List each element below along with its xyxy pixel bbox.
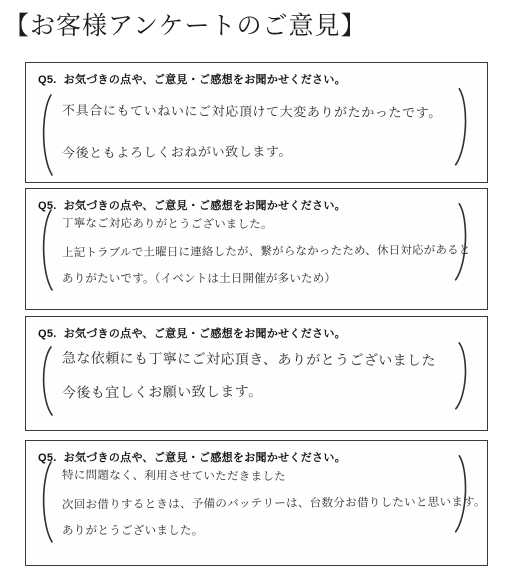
response-line: ありがとうございました。 (62, 522, 457, 549)
survey-document: { "page_title": "【お客様アンケートのご意見】", "secti… (0, 0, 510, 584)
close-paren-icon (454, 341, 472, 412)
question-text: お気づきの点や、ご意見・ご感想をお聞かせください。 (64, 74, 346, 86)
open-paren-icon (38, 208, 54, 292)
response-line: 上記トラブルで土曜日に連絡したが、繋がらなかったため、休日対応があると (62, 242, 457, 272)
survey-response-card: Q5.お気づきの点や、ご意見・ご感想をお聞かせください。 丁寧なご対応ありがとう… (25, 188, 488, 310)
question-text: お気づきの点や、ご意見・ご感想をお聞かせください。 (64, 452, 346, 464)
response-line: 急な依頼にも丁寧にご対応頂き、ありがとうございました (62, 348, 457, 383)
open-paren-icon (38, 345, 54, 417)
page-title: 【お客様アンケートのご意見】 (4, 6, 367, 42)
response-line: 特に問題なく、利用させていただきました (62, 467, 457, 497)
response-line: ありがたいです。（イベントは土日開催が多いため） (62, 270, 457, 297)
question-text: お気づきの点や、ご意見・ご感想をお聞かせください。 (64, 200, 346, 212)
question-number: Q5. (38, 74, 57, 86)
open-paren-icon (38, 93, 54, 177)
question-header: Q5.お気づきの点や、ご意見・ご感想をお聞かせください。 (38, 325, 346, 341)
question-header: Q5.お気づきの点や、ご意見・ご感想をお聞かせください。 (38, 197, 346, 213)
handwritten-response: 急な依頼にも丁寧にご対応頂き、ありがとうございました 今後も宜しくお願い致します… (62, 349, 457, 413)
question-header: Q5.お気づきの点や、ご意見・ご感想をお聞かせください。 (38, 71, 346, 87)
handwritten-response: 特に問題なく、利用させていただきました 次回お借りするときは、予備のバッテリーは… (62, 468, 457, 549)
question-text: お気づきの点や、ご意見・ご感想をお聞かせください。 (64, 328, 346, 340)
survey-response-card: Q5.お気づきの点や、ご意見・ご感想をお聞かせください。 特に問題なく、利用させ… (25, 440, 488, 566)
survey-response-card: Q5.お気づきの点や、ご意見・ご感想をお聞かせください。 不具合にもていねいにご… (25, 62, 488, 183)
response-line: 今後も宜しくお願い致します。 (62, 380, 457, 415)
handwritten-response: 丁寧なご対応ありがとうございました。 上記トラブルで土曜日に連絡したが、繋がらな… (62, 216, 457, 297)
close-paren-icon (454, 454, 473, 535)
question-header: Q5.お気づきの点や、ご意見・ご感想をお聞かせください。 (38, 449, 346, 465)
response-line: 丁寧なご対応ありがとうございました。 (62, 215, 457, 245)
open-paren-icon (38, 460, 54, 544)
handwritten-response: 不具合にもていねいにご対応頂けて大変ありがたかったです。 今後ともよろしくおねが… (62, 101, 457, 181)
response-line: 次回お借りするときは、予備のバッテリーは、台数分お借りしたいと思います。 (62, 494, 457, 524)
close-paren-icon (454, 87, 473, 168)
response-line: 不具合にもていねいにご対応頂けて大変ありがたかったです。 (62, 100, 457, 143)
question-number: Q5. (38, 328, 57, 340)
survey-response-card: Q5.お気づきの点や、ご意見・ご感想をお聞かせください。 急な依頼にも丁寧にご対… (25, 316, 488, 431)
close-paren-icon (454, 202, 473, 283)
response-line: 今後ともよろしくおねがい致します。 (62, 140, 457, 183)
